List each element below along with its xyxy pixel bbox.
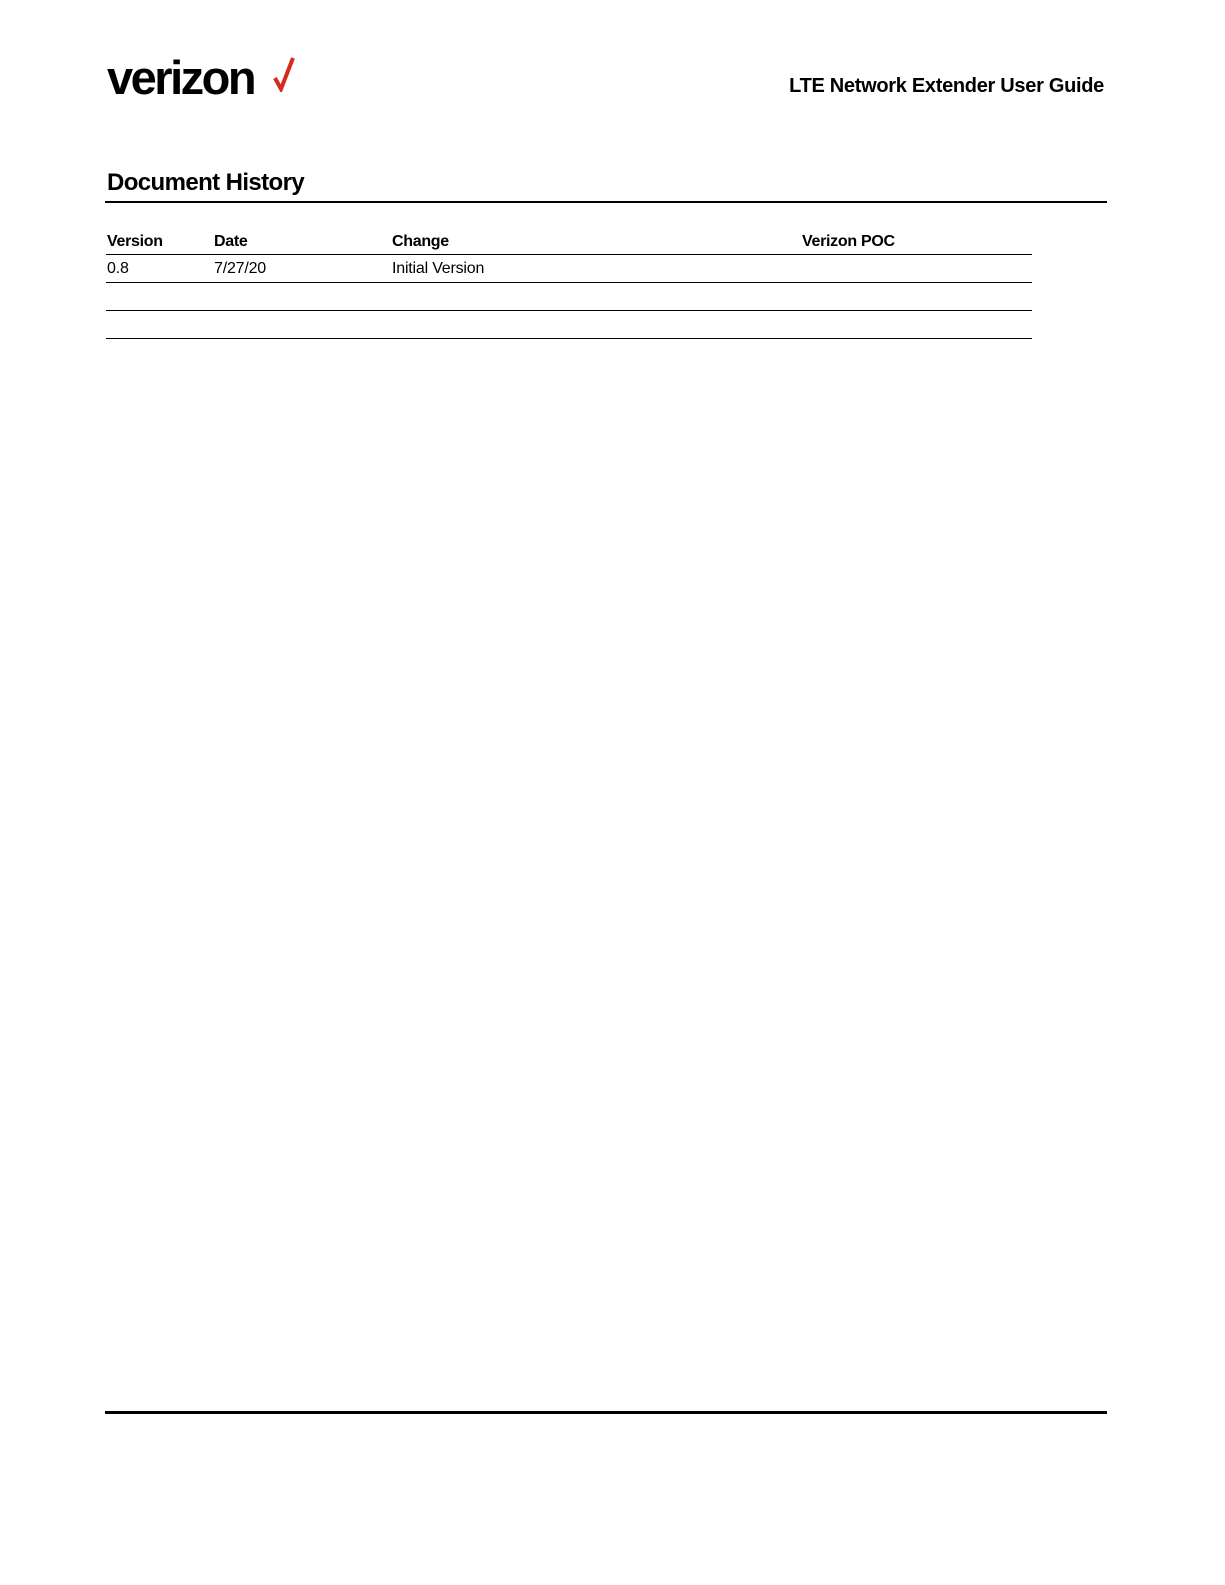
cell-version — [106, 283, 213, 311]
cell-change: Initial Version — [391, 255, 801, 283]
logo-wordmark: verizon — [107, 51, 254, 104]
heading-divider — [105, 201, 1107, 203]
cell-change — [391, 311, 801, 339]
table-row — [106, 283, 1032, 311]
cell-version — [106, 311, 213, 339]
cell-verizon-poc — [801, 283, 1032, 311]
table-row: 0.8 7/27/20 Initial Version — [106, 255, 1032, 283]
cell-version: 0.8 — [106, 255, 213, 283]
cell-change — [391, 283, 801, 311]
cell-date — [213, 311, 391, 339]
checkmark-icon — [273, 56, 295, 92]
cell-verizon-poc — [801, 311, 1032, 339]
cell-date: 7/27/20 — [213, 255, 391, 283]
table-header-row: Version Date Change Verizon POC — [106, 229, 1032, 255]
document-title: LTE Network Extender User Guide — [789, 75, 1104, 98]
section-heading: Document History — [107, 169, 304, 197]
column-header-version: Version — [106, 229, 213, 255]
verizon-logo: verizon — [107, 54, 254, 101]
footer-divider — [105, 1411, 1107, 1414]
table-row — [106, 311, 1032, 339]
document-history-table: Version Date Change Verizon POC 0.8 7/27… — [106, 229, 1032, 339]
column-header-verizon-poc: Verizon POC — [801, 229, 1032, 255]
column-header-change: Change — [391, 229, 801, 255]
cell-verizon-poc — [801, 255, 1032, 283]
cell-date — [213, 283, 391, 311]
column-header-date: Date — [213, 229, 391, 255]
